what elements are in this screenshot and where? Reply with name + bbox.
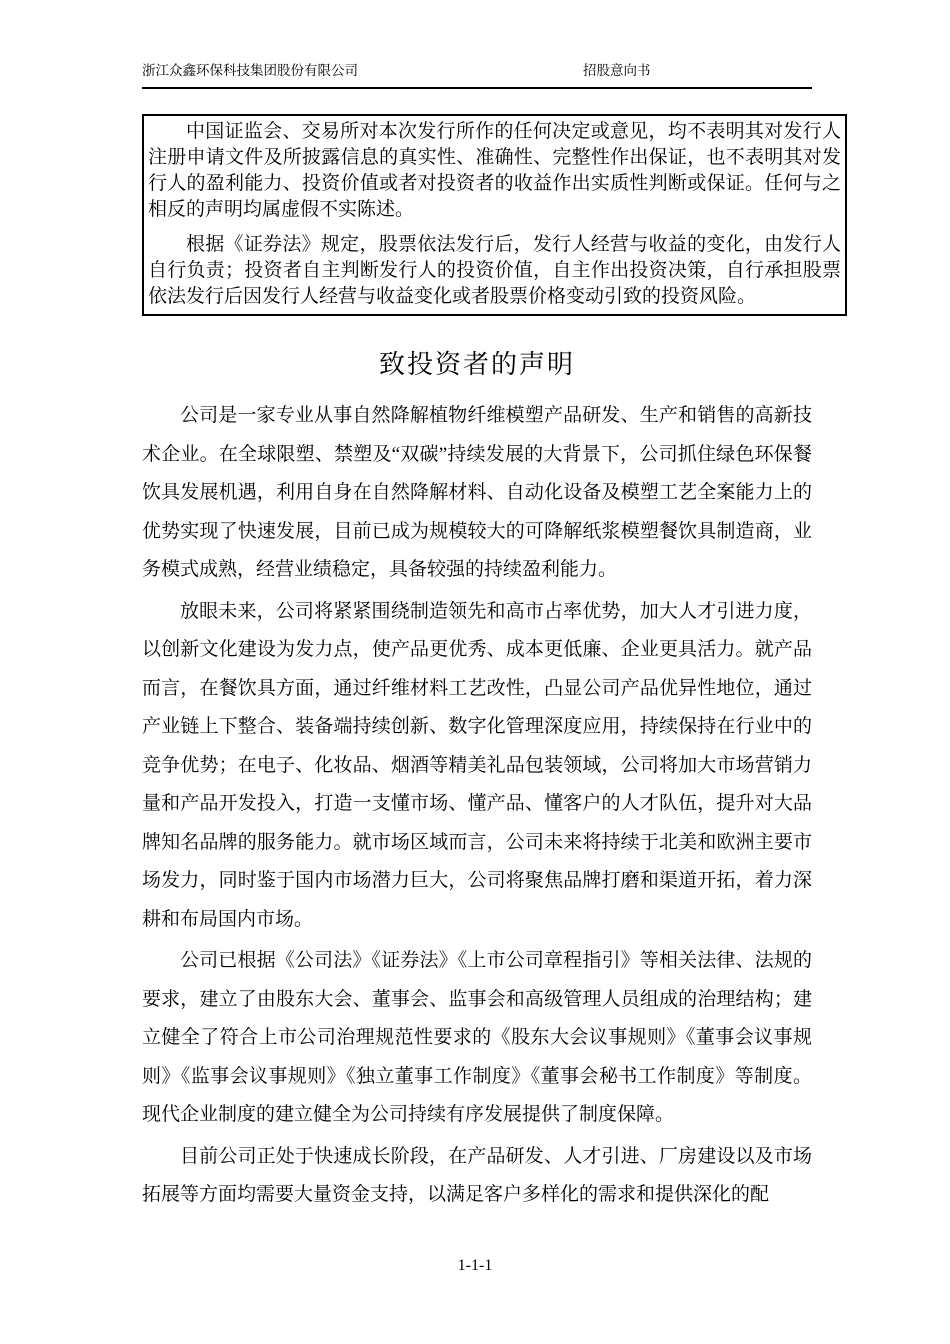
prospectus-page: 浙江众鑫环保科技集团股份有限公司 招股意向书 中国证监会、交易所对本次发行所作的… [0,0,950,1344]
body-paragraph: 目前公司正处于快速成长阶段，在产品研发、人才引进、厂房建设以及市场拓展等方面均需… [142,1138,812,1215]
header-document-type: 招股意向书 [583,62,651,80]
notice-paragraph: 中国证监会、交易所对本次发行所作的任何决定或意见，均不表明其对发行人注册申请文件… [148,119,841,223]
body-paragraph: 公司已根据《公司法》《证券法》《上市公司章程指引》等相关法律、法规的要求，建立了… [142,942,812,1135]
page-header: 浙江众鑫环保科技集团股份有限公司 招股意向书 [142,62,812,80]
statement-body: 公司是一家专业从事自然降解植物纤维模塑产品研发、生产和销售的高新技术企业。在全球… [142,397,812,1215]
header-divider [142,87,812,89]
notice-paragraph: 根据《证券法》规定，股票依法发行后，发行人经营与收益的变化，由发行人自行负责；投… [148,232,841,310]
page-title: 致投资者的声明 [142,344,812,381]
body-paragraph: 公司是一家专业从事自然降解植物纤维模塑产品研发、生产和销售的高新技术企业。在全球… [142,397,812,590]
regulator-notice-box: 中国证监会、交易所对本次发行所作的任何决定或意见，均不表明其对发行人注册申请文件… [142,114,847,316]
page-content: 浙江众鑫环保科技集团股份有限公司 招股意向书 中国证监会、交易所对本次发行所作的… [142,62,812,1215]
page-number: 1-1-1 [0,1257,950,1275]
header-company-name: 浙江众鑫环保科技集团股份有限公司 [142,62,358,80]
body-paragraph: 放眼未来，公司将紧紧围绕制造领先和高市占率优势，加大人才引进力度，以创新文化建设… [142,593,812,940]
